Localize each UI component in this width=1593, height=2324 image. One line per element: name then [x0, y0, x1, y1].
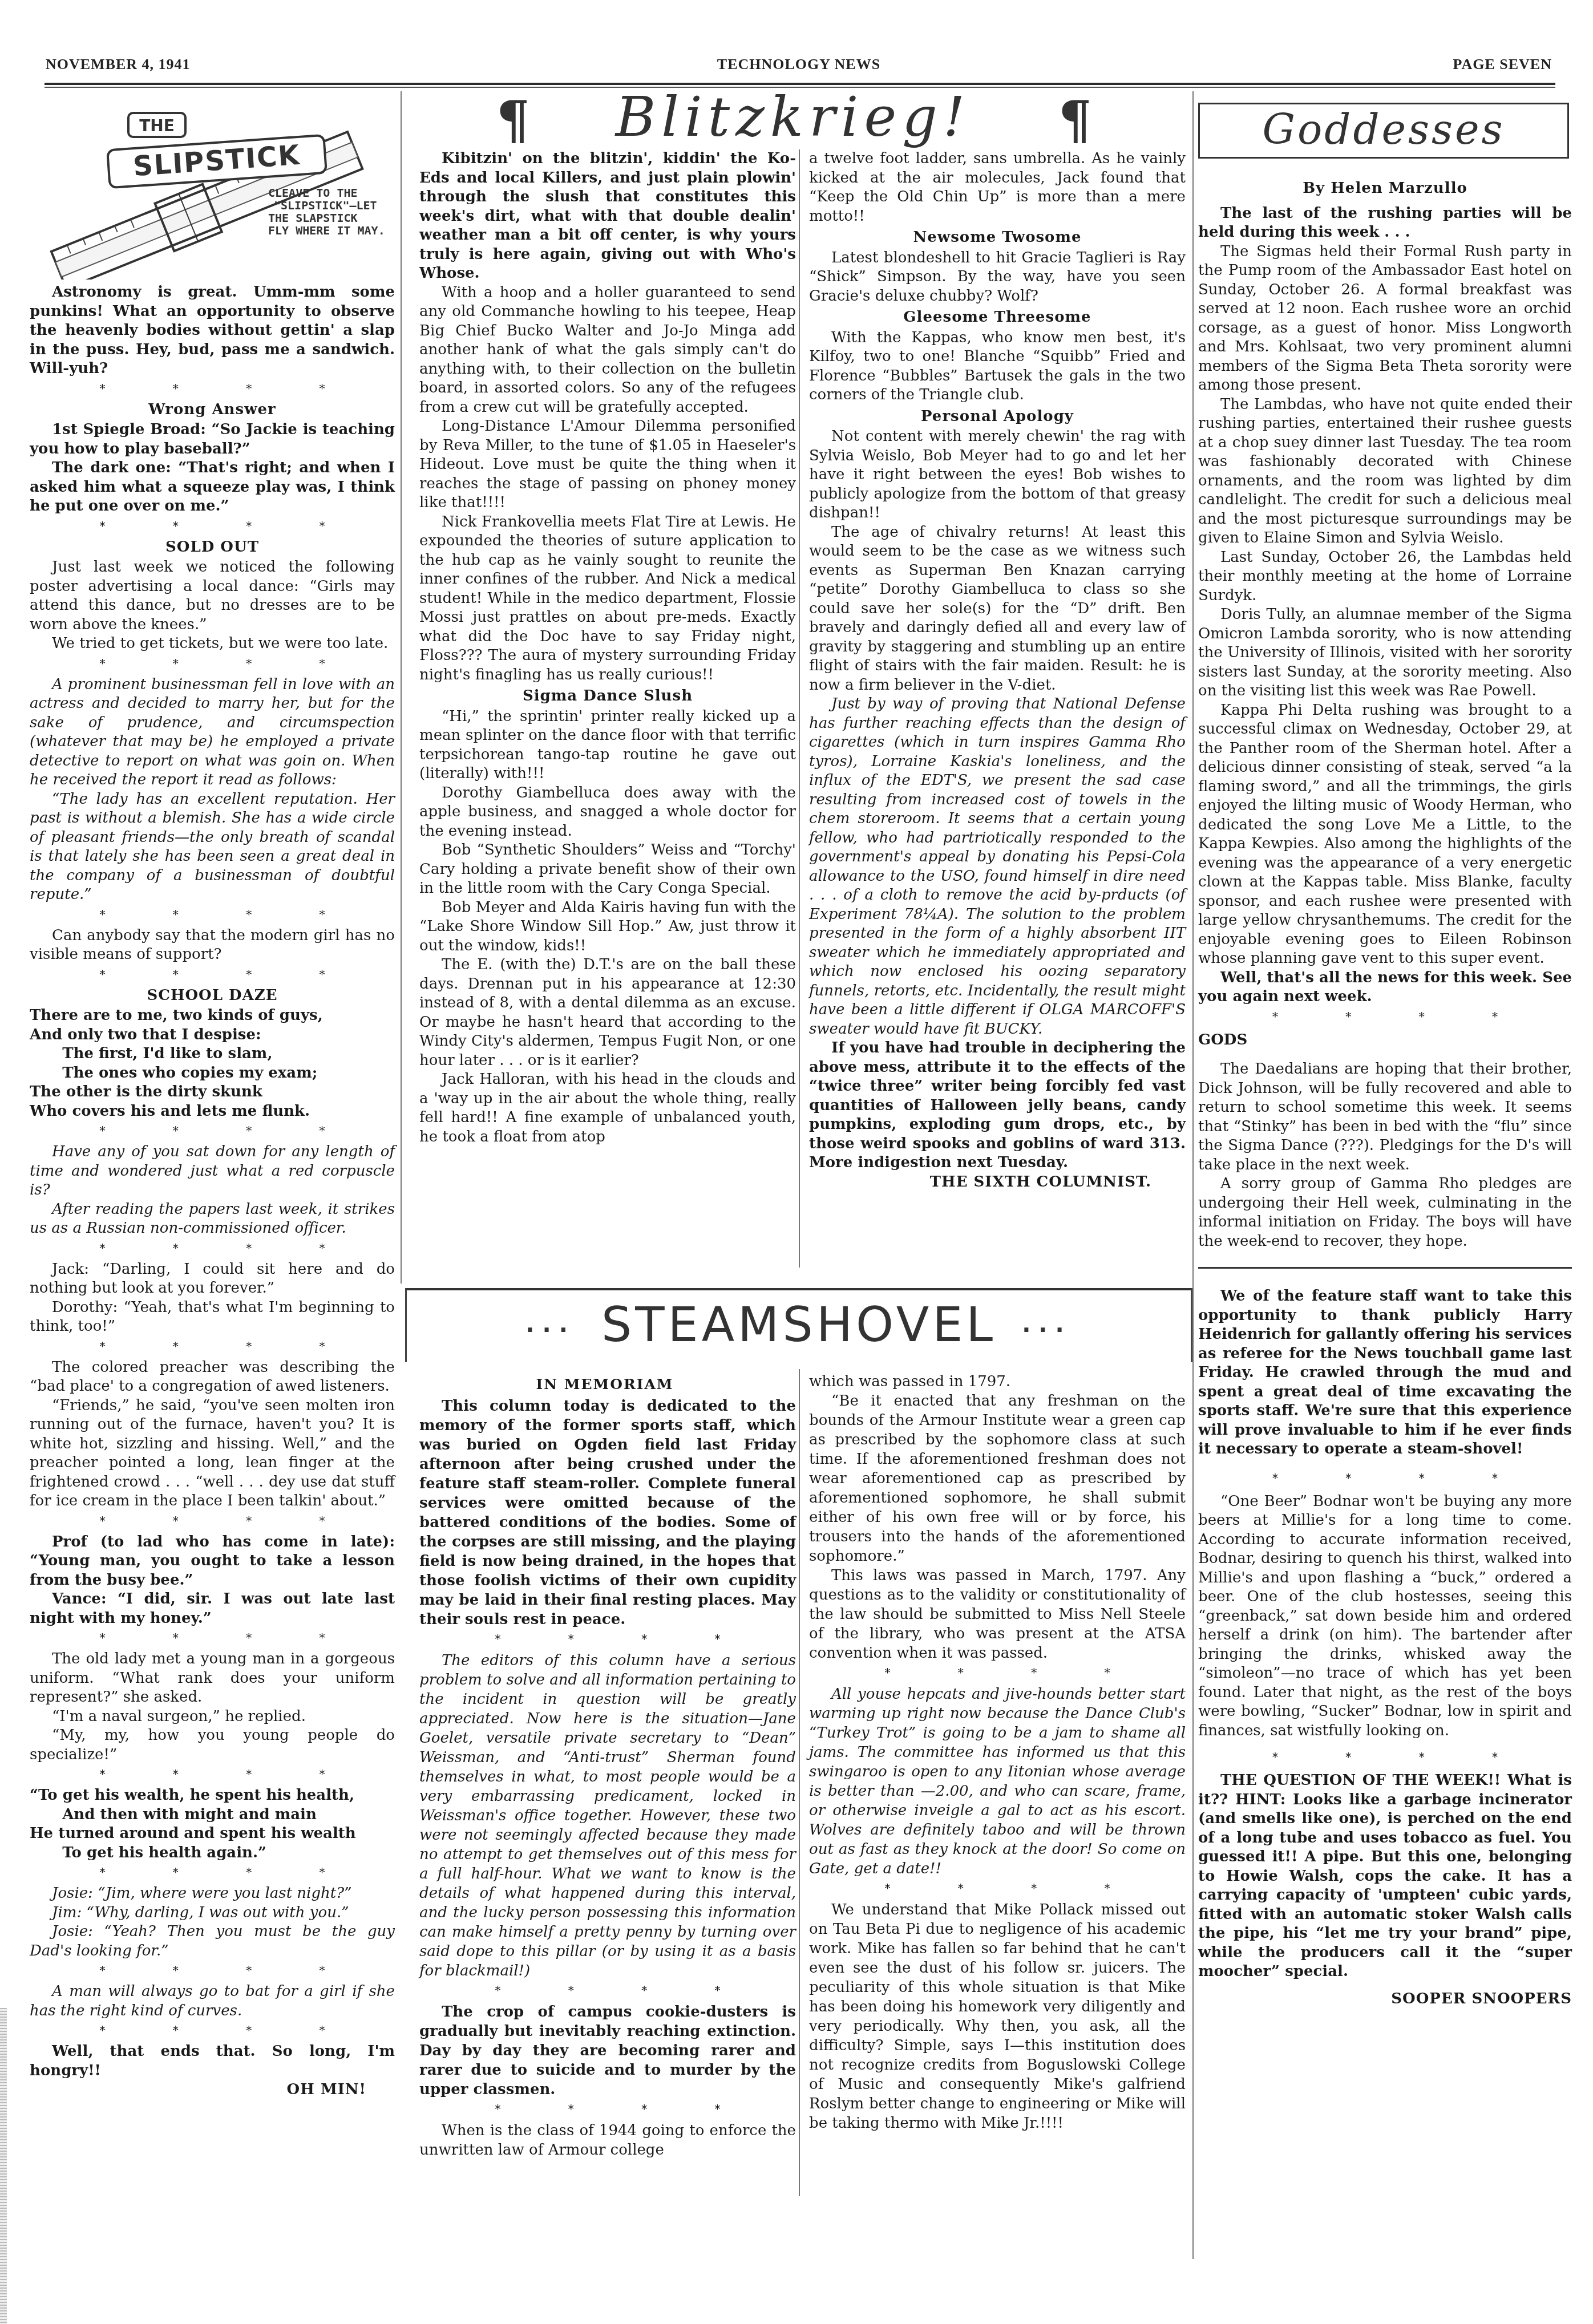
page-number: PAGE SEVEN — [1453, 56, 1552, 73]
steamshovel-title: STEAMSHOVEL — [601, 1290, 996, 1359]
paragraph: We of the feature staff want to take thi… — [1198, 1287, 1572, 1459]
poem-line: The other is the dirty skunk — [30, 1083, 395, 1102]
paragraph: A sorry group of Gamma Rho pledges are u… — [1198, 1175, 1572, 1251]
separator-stars: * * * * — [419, 1982, 796, 1999]
paragraph: All youse hepcats and jive-hounds better… — [809, 1685, 1186, 1878]
signature: THE SIXTH COLUMNIST. — [809, 1173, 1186, 1192]
signature: SOOPER SNOOPERS — [1198, 1990, 1572, 2009]
decorative-dots: ... — [1022, 1311, 1072, 1338]
paragraph: “One Beer” Bodnar won't be buying any mo… — [1198, 1492, 1572, 1741]
paragraph: The E. (with the) D.T.'s are on the ball… — [419, 955, 796, 1070]
column-divider — [799, 149, 800, 1268]
heading-school-daze: SCHOOL DAZE — [30, 986, 395, 1006]
paragraph: Vance: “I did, sir. I was out late last … — [30, 1590, 395, 1628]
separator-stars: * * * * — [1198, 1008, 1572, 1025]
heading-sold-out: SOLD OUT — [30, 538, 395, 557]
separator-stars: * * * * — [809, 1664, 1186, 1681]
heading-gleesome-threesome: Gleesome Threesome — [809, 308, 1186, 327]
paragraph: The old lady met a young man in a gorgeo… — [30, 1650, 395, 1707]
column-divider — [799, 1369, 800, 2196]
paragraph: The colored preacher was describing the … — [30, 1358, 395, 1396]
poem-line: The first, I'd like to slam, — [30, 1044, 395, 1064]
blitzkrieg-column-2: a twelve foot ladder, sans umbrella. As … — [809, 149, 1186, 1192]
paragraph: The Sigmas held their Formal Rush party … — [1198, 242, 1572, 395]
separator-stars: * * * * — [1198, 1748, 1572, 1766]
poem-wealth: “To get his wealth, he spent his health,… — [30, 1786, 395, 1863]
heading-newsome-twosome: Newsome Twosome — [809, 228, 1186, 248]
paragraph: When is the class of 1944 going to enfor… — [419, 2121, 796, 2160]
paragraph: Well, that's all the news for this week.… — [1198, 969, 1572, 1007]
paragraph: Josie: “Jim, where were you last night?” — [30, 1884, 395, 1904]
paragraph: Just last week we noticed the following … — [30, 558, 395, 634]
poem-line: And then with might and main — [30, 1805, 395, 1825]
separator-stars: * * * * — [1198, 1469, 1572, 1487]
paper-name: TECHNOLOGY NEWS — [46, 56, 1552, 73]
svg-text:"SLIPSTICK"—LET: "SLIPSTICK"—LET — [274, 199, 377, 212]
section-divider — [1198, 1267, 1572, 1269]
paragraph: Dorothy: “Yeah, that's what I'm beginnin… — [30, 1298, 395, 1337]
svg-text:FLY WHERE IT MAY.: FLY WHERE IT MAY. — [268, 224, 385, 237]
paragraph: The age of chivalry returns! At least th… — [809, 523, 1186, 695]
heading-gods: GODS — [1198, 1031, 1572, 1050]
slide-rule-icon: THE SLIPSTICK CLEAVE TO THE "SLIPSTICK"—… — [23, 91, 399, 280]
steamshovel-banner: ... STEAMSHOVEL ... — [405, 1288, 1192, 1362]
paragraph: The Daedalians are hoping that their bro… — [1198, 1060, 1572, 1175]
svg-text:THE SLAPSTICK: THE SLAPSTICK — [268, 211, 358, 225]
paragraph: A man will always go to bat for a girl i… — [30, 1982, 395, 2021]
byline: By Helen Marzullo — [1198, 179, 1572, 199]
separator-stars: * * * * — [30, 1864, 395, 1881]
column-divider — [401, 91, 402, 1284]
separator-stars: * * * * — [30, 517, 395, 535]
paragraph: With the Kappas, who know men best, it's… — [809, 329, 1186, 405]
separator-stars: * * * * — [30, 1962, 395, 1979]
paragraph: “The lady has an excellent reputation. H… — [30, 790, 395, 905]
poem-line: The ones who copies my exam; — [30, 1064, 395, 1083]
paragraph: Bob Meyer and Alda Kairis having fun wit… — [419, 898, 796, 956]
heading-sigma-dance: Sigma Dance Slush — [419, 687, 796, 706]
paragraph: a twelve foot ladder, sans umbrella. As … — [809, 149, 1186, 226]
separator-stars: * * * * — [30, 2022, 395, 2039]
newspaper-page: NOVEMBER 4, 1941 TECHNOLOGY NEWS PAGE SE… — [0, 0, 1593, 2324]
poem-line: He turned around and spent his wealth — [30, 1824, 395, 1844]
paragraph: Josie: “Yeah? Then you must be the guy D… — [30, 1922, 395, 1961]
separator-stars: * * * * — [30, 1766, 395, 1783]
paragraph: Nick Frankovellia meets Flat Tire at Lew… — [419, 513, 796, 685]
separator-stars: * * * * — [30, 380, 395, 397]
svg-text:CLEAVE TO THE: CLEAVE TO THE — [268, 186, 358, 200]
paragraph: Last Sunday, October 26, the Lambdas hel… — [1198, 548, 1572, 606]
paragraph: The dark one: “That's right; and when I … — [30, 459, 395, 516]
paragraph: Astronomy is great. Umm-mm some punkins!… — [30, 283, 395, 379]
masthead: NOVEMBER 4, 1941 TECHNOLOGY NEWS PAGE SE… — [46, 56, 1552, 79]
paragraph: Kappa Phi Delta rushing was brought to a… — [1198, 701, 1572, 969]
paragraph: Just by way of proving that National Def… — [809, 695, 1186, 1039]
paragraph: With a hoop and a holler guaranteed to s… — [419, 284, 796, 418]
paragraph: A prominent businessman fell in love wit… — [30, 675, 395, 790]
poem-line: There are to me, two kinds of guys, — [30, 1006, 395, 1026]
paragraph: Jim: “Why, darling, I was out with you.” — [30, 1904, 395, 1923]
steamshovel-column-2: which was passed in 1797. “Be it enacted… — [809, 1372, 1186, 2133]
paragraph: Dorothy Giambelluca does away with the a… — [419, 784, 796, 841]
paragraph: The last of the rushing parties will be … — [1198, 204, 1572, 242]
paragraph: Have any of you sat down for any length … — [30, 1143, 395, 1200]
paragraph: Bob “Synthetic Shoulders” Weiss and “Tor… — [419, 841, 796, 898]
paragraph: Jack: “Darling, I could sit here and do … — [30, 1260, 395, 1298]
paragraph: This column today is dedicated to the me… — [419, 1396, 796, 1629]
separator-stars: * * * * — [30, 1122, 395, 1139]
paragraph: We tried to get tickets, but we were too… — [30, 634, 395, 654]
poem-line: Who covers his and lets me flunk. — [30, 1102, 395, 1121]
paragraph: Prof (to lad who has come in late): “You… — [30, 1533, 395, 1590]
slipstick-column: Astronomy is great. Umm-mm some punkins!… — [30, 283, 395, 2100]
steamshovel-column-1: This column today is dedicated to the me… — [419, 1396, 796, 2160]
paragraph: If you have had trouble in deciphering t… — [809, 1039, 1186, 1173]
poem-line: And only two that I despise: — [30, 1026, 395, 1045]
paragraph: “My, my, how you young people do special… — [30, 1726, 395, 1764]
paragraph: “Hi,” the sprintin' printer really kicke… — [419, 707, 796, 784]
paragraph: The editors of this column have a seriou… — [419, 1651, 796, 1981]
separator-stars: * * * * — [30, 1512, 395, 1529]
separator-stars: * * * * — [809, 1880, 1186, 1897]
blitzkrieg-column-1: Kibitzin' on the blitzin', kiddin' the K… — [419, 149, 796, 1147]
heading-in-memoriam: IN MEMORIAM — [434, 1376, 776, 1392]
separator-stars: * * * * — [30, 1629, 395, 1646]
separator-stars: * * * * — [30, 906, 395, 923]
paragraph: 1st Spiegle Broad: “So Jackie is teachin… — [30, 420, 395, 459]
poem-line: To get his health again.” — [30, 1844, 395, 1863]
column-divider — [1192, 91, 1194, 2259]
poem-line: “To get his wealth, he spent his health, — [30, 1786, 395, 1805]
separator-stars: * * * * — [30, 966, 395, 983]
heading-wrong-answer: Wrong Answer — [30, 400, 395, 420]
separator-stars: * * * * — [30, 1240, 395, 1257]
paragraph: Well, that ends that. So long, I'm hongr… — [30, 2042, 395, 2080]
decorative-dots: ... — [525, 1311, 576, 1338]
paragraph: Latest blondeshell to hit Gracie Taglier… — [809, 249, 1186, 306]
goddesses-column: By Helen Marzullo The last of the rushin… — [1198, 172, 1572, 2009]
paragraph: Can anybody say that the modern girl has… — [30, 926, 395, 965]
paragraph: Not content with merely chewin' the rag … — [809, 427, 1186, 523]
svg-text:THE: THE — [139, 116, 175, 135]
heading-personal-apology: Personal Apology — [809, 407, 1186, 427]
paragraph: Doris Tully, an alumnae member of the Si… — [1198, 605, 1572, 701]
poem-school-daze: There are to me, two kinds of guys, And … — [30, 1006, 395, 1121]
paragraph: This laws was passed in March, 1797. Any… — [809, 1566, 1186, 1663]
goddesses-title-box: Goddesses — [1198, 103, 1569, 159]
paragraph: Jack Halloran, with his head in the clou… — [419, 1070, 796, 1147]
paragraph: The crop of campus cookie-dusters is gra… — [419, 2002, 796, 2099]
paragraph: We understand that Mike Pollack missed o… — [809, 1900, 1186, 2133]
paragraph: The Lambdas, who have not quite ended th… — [1198, 395, 1572, 548]
paragraph: “I'm a naval surgeon,” he replied. — [30, 1707, 395, 1727]
separator-stars: * * * * — [419, 1630, 796, 1647]
paragraph: Long-Distance L'Amour Dilemma personifie… — [419, 417, 796, 513]
paragraph: After reading the papers last week, it s… — [30, 1200, 395, 1238]
paragraph: which was passed in 1797. — [809, 1372, 1186, 1391]
paragraph: “Friends,” he said, “you've seen molten … — [30, 1396, 395, 1511]
separator-stars: * * * * — [30, 1338, 395, 1355]
separator-stars: * * * * — [30, 655, 395, 672]
page-edge-shadow — [0, 2008, 7, 2324]
separator-stars: * * * * — [419, 2100, 796, 2117]
paragraph: Kibitzin' on the blitzin', kiddin' the K… — [419, 149, 796, 284]
slipstick-logo: THE SLIPSTICK CLEAVE TO THE "SLIPSTICK"—… — [23, 91, 399, 280]
paragraph: “Be it enacted that any freshman on the … — [809, 1391, 1186, 1566]
paragraph: THE QUESTION OF THE WEEK!! What is it?? … — [1198, 1771, 1572, 1982]
pilcrow-icon: ¶ — [1058, 94, 1092, 145]
signature: OH MIN! — [30, 2080, 395, 2100]
